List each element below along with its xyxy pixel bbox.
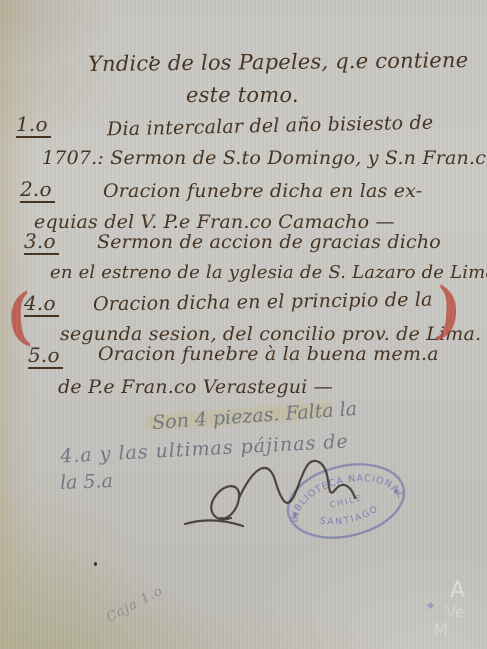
- pencil-corner-note: Caja 1.o: [104, 583, 166, 625]
- watermark-fragment-2: Ve: [446, 603, 464, 621]
- entry-5-line1: Oracion funebre à la buena mem.a: [98, 343, 439, 365]
- entry-2-line1: Oracion funebre dicha en las ex-: [103, 180, 422, 202]
- curator-note-line3: la 5.a: [60, 470, 114, 494]
- index-title-line2: este tomo.: [186, 83, 299, 107]
- entry-3-line1: Sermon de accion de gracias dicho: [97, 231, 441, 253]
- entry-3-number: 3.o: [24, 229, 59, 255]
- entry-3-line2: en el estreno de la yglesia de S. Lazaro…: [50, 262, 487, 283]
- manuscript-page: Yndice de los Papeles, q.e contiene este…: [0, 0, 487, 649]
- entry-1-line2: 1707.: Sermon de S.to Domingo, y S.n Fra…: [42, 147, 487, 169]
- entry-1-number: 1.o: [16, 112, 51, 138]
- entry-1-line1: Dia intercalar del año bisiesto de: [107, 112, 434, 141]
- watermark-fragment-1: A: [450, 578, 465, 603]
- red-parenthesis-right-mark: ): [434, 273, 463, 348]
- signature-flourish: [183, 446, 383, 538]
- ink-dot: [427, 602, 434, 609]
- entry-2-line2: equias del V. P.e Fran.co Camacho —: [34, 211, 395, 233]
- entry-2-number: 2.o: [20, 177, 55, 203]
- ink-speck: [151, 56, 154, 59]
- curator-note-line1: Son 4 piezas. Falta la: [151, 398, 357, 434]
- ink-speck: [94, 562, 97, 566]
- watermark-fragment-3: M: [433, 620, 449, 641]
- index-title-line1: Yndice de los Papeles, q.e contiene: [88, 48, 469, 76]
- entry-5-line2: de P.e Fran.co Verastegui —: [58, 376, 333, 398]
- entry-4-line2: segunda sesion, del concilio prov. de Li…: [60, 323, 481, 345]
- entry-4-number: 4.o: [24, 291, 59, 317]
- entry-5-number: 5.o: [28, 343, 63, 369]
- entry-4-line1: Oracion dicha en el principio de la: [93, 289, 433, 316]
